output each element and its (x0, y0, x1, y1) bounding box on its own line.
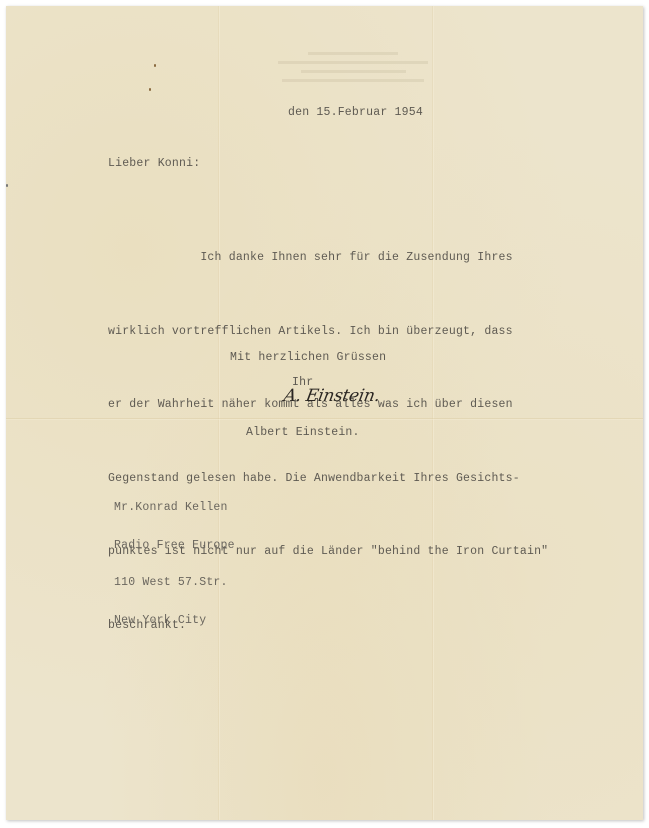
paper-speck (149, 88, 151, 91)
paper-speck (6, 184, 8, 187)
salutation: Lieber Konni: (108, 157, 200, 170)
body-line: wirklich vortrefflichen Artikels. Ich bi… (108, 320, 548, 345)
paper-speck (154, 64, 156, 67)
recipient-address: Mr.Konrad Kellen Radio Free Europe 110 W… (114, 477, 235, 652)
letter-date: den 15.Februar 1954 (288, 106, 423, 119)
letter-paper: den 15.Februar 1954 Lieber Konni: Ich da… (6, 6, 643, 820)
handwritten-signature: A. Einstein. (282, 386, 381, 406)
closing: Mit herzlichen Grüssen (230, 351, 386, 364)
recipient-street: 110 West 57.Str. (114, 577, 235, 590)
recipient-city: New York City (114, 615, 235, 628)
recipient-organization: Radio Free Europe (114, 540, 235, 553)
body-line: Ich danke Ihnen sehr für die Zusendung I… (108, 246, 548, 271)
faint-letterhead (278, 46, 428, 96)
typed-signature: Albert Einstein. (246, 426, 360, 439)
recipient-name: Mr.Konrad Kellen (114, 502, 235, 515)
